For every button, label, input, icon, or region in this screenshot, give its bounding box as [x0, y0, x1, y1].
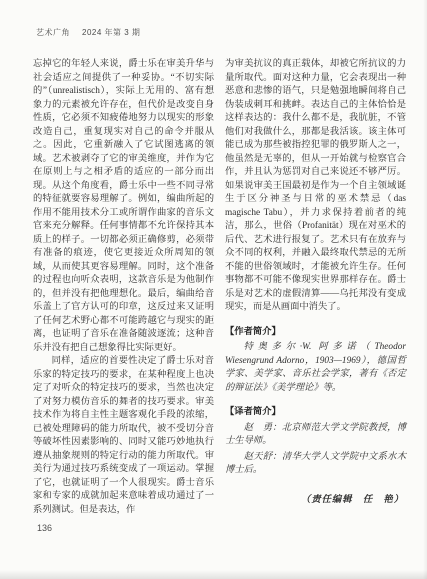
running-header: 艺术广角2024 年第 3 期 [36, 27, 140, 38]
scan-shadow-right [423, 0, 427, 579]
page-number: 136 [37, 523, 52, 533]
page-content: 忘掉它的年轻人来说，爵士乐在审美升华与社会适应之间提供了一种妥协。“不切实际的”… [33, 58, 407, 517]
author-bio: 特奥多尔·W. 阿多诺（Theodor Wiesengrund Adorno，1… [225, 341, 406, 395]
body-paragraph: 忘掉它的年轻人来说，爵士乐在审美升华与社会适应之间提供了一种妥协。“不切实际的”… [33, 58, 214, 355]
issue-label: 2024 年第 3 期 [82, 28, 140, 37]
editor-credit: （责任编辑 任 艳） [225, 494, 406, 508]
journal-title: 艺术广角 [36, 28, 70, 37]
scan-shadow-bottom [0, 570, 427, 579]
author-section-heading: 【作者简介】 [225, 326, 406, 340]
right-column: 为审美抗议的真正载体，却被它所抗议的力量所取代。面对这种力量，它会表现出一种恶意… [225, 58, 406, 517]
body-paragraph: 为审美抗议的真正载体，却被它所抗议的力量所取代。面对这种力量，它会表现出一种恶意… [225, 58, 406, 315]
translator-bio: 赵 勇：北京师范大学文学院教授，博士生导师。 [225, 422, 406, 449]
body-paragraph: 同样，适应的首要性决定了爵士乐对音乐家的特定技巧的要求，在某种程度上也决定了对听… [33, 355, 214, 517]
translator-section-heading: 【译者简介】 [225, 406, 406, 420]
left-column: 忘掉它的年轻人来说，爵士乐在审美升华与社会适应之间提供了一种妥协。“不切实际的”… [33, 58, 214, 517]
translator-bio: 赵天舒：清华大学人文学院中文系水木博士后。 [225, 451, 406, 478]
journal-page: 艺术广角2024 年第 3 期 忘掉它的年轻人来说，爵士乐在审美升华与社会适应之… [0, 0, 427, 579]
